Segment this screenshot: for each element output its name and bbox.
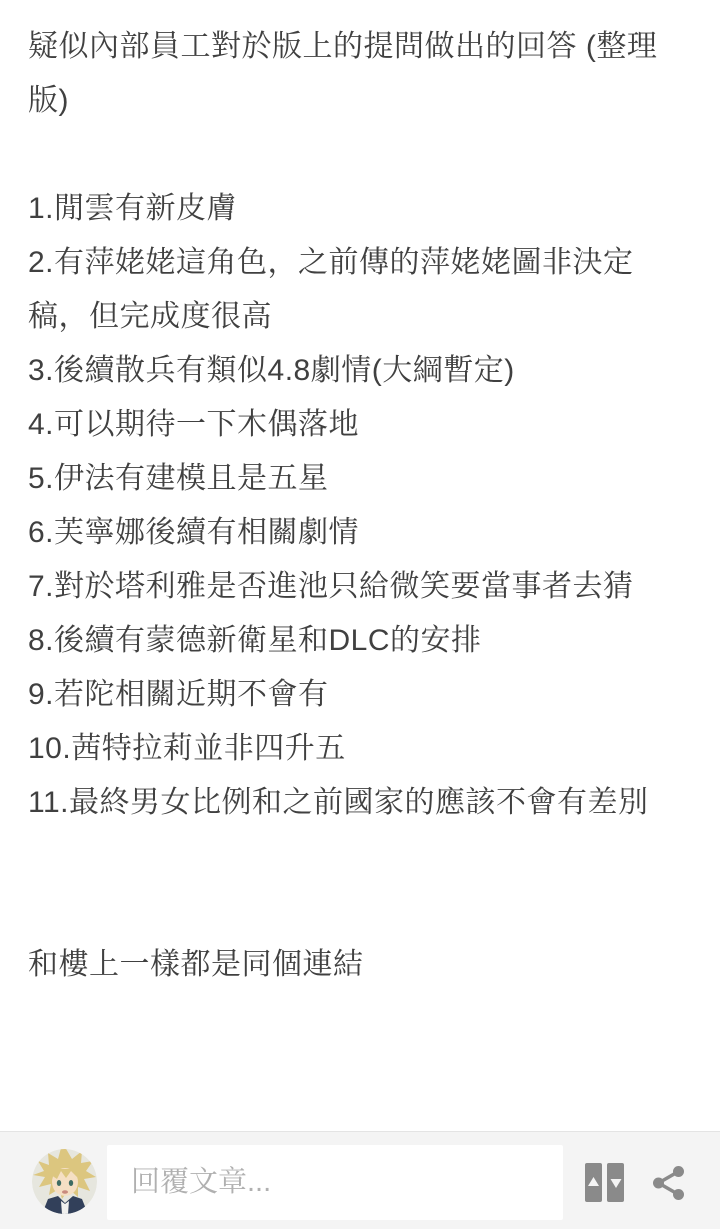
text-line: 7.對於塔利雅是否進池只給微笑要當事者去猜 (28, 560, 696, 614)
text-line: 1.閒雲有新皮膚 (28, 182, 696, 236)
text-line: 11.最終男女比例和之前國家的應該不會有差別 (28, 776, 696, 830)
text-line: 和樓上一樣都是同個連結 (28, 938, 696, 992)
share-button[interactable] (652, 1165, 685, 1201)
reply-bar: 回覆文章... (0, 1131, 720, 1229)
post-content: 疑似內部員工對於版上的提問做出的回答 (整理版) 1.閒雲有新皮膚2.有萍姥姥這… (28, 20, 696, 992)
text-line: 3.後續散兵有類似4.8劇情(大綱暫定) (28, 344, 696, 398)
text-line (28, 884, 696, 938)
avatar[interactable] (32, 1149, 97, 1214)
text-line: 稿，但完成度很高 (28, 290, 696, 344)
text-line: 疑似內部員工對於版上的提問做出的回答 (整理 (28, 20, 696, 74)
share-icon (652, 1165, 685, 1201)
reply-input-placeholder: 回覆文章... (107, 1145, 563, 1220)
text-line: 8.後續有蒙德新衛星和DLC的安排 (28, 614, 696, 668)
floor-jump-button[interactable] (585, 1163, 625, 1202)
post-screen: 疑似內部員工對於版上的提問做出的回答 (整理版) 1.閒雲有新皮膚2.有萍姥姥這… (0, 0, 720, 1229)
text-line: 10.茜特拉莉並非四升五 (28, 722, 696, 776)
text-line (28, 830, 696, 884)
text-line: 6.芙寧娜後續有相關劇情 (28, 506, 696, 560)
text-line: 2.有萍姥姥這角色，之前傳的萍姥姥圖非決定 (28, 236, 696, 290)
floor-navigation-icon (585, 1163, 625, 1202)
reply-input[interactable]: 回覆文章... (107, 1145, 563, 1220)
text-line: 9.若陀相關近期不會有 (28, 668, 696, 722)
text-line (28, 128, 696, 182)
user-avatar-image (32, 1149, 97, 1214)
text-line: 4.可以期待一下木偶落地 (28, 398, 696, 452)
text-line: 版) (28, 74, 696, 128)
text-line: 5.伊法有建模且是五星 (28, 452, 696, 506)
